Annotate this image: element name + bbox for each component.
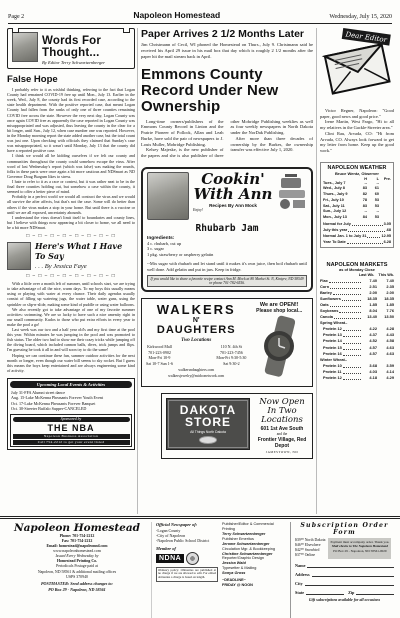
- subscription-rates: $39⁰⁰ North Dakota $46⁰⁰ Elsewhere $42⁰⁰…: [295, 538, 325, 559]
- walkers-email: walkersjewelry@midconetwork.com: [146, 374, 246, 378]
- markets-subtitle: as of Monday Close: [320, 268, 394, 272]
- false-hope-headline: False Hope: [7, 74, 135, 85]
- walkers-loc1-hours2: Sat 10-7 Sun 1-6: [146, 361, 173, 366]
- ann-photo: [147, 172, 189, 220]
- weather-title: NAPOLEON WEATHER: [323, 165, 391, 171]
- issue-date: Wednesday, July 15, 2020: [329, 14, 392, 20]
- recipe-contact-note: If you would like to share a favorite re…: [147, 275, 307, 287]
- false-hope-paragraph: I think we would all be kidding ourselve…: [7, 153, 135, 179]
- dakota-address2: Frontier Village, Red Depot: [256, 437, 308, 449]
- official-newspaper-block: Official Newspaper of: -Logan County -Ci…: [156, 522, 218, 618]
- emmons-paragraph: Long-time owners/publishers of the Emmon…: [141, 119, 224, 148]
- cookin-enjoy: Enjoy!: [193, 208, 273, 212]
- false-hope-paragraph: I hate to refer to it as a race or conte…: [7, 179, 135, 194]
- page-number: Page 2: [8, 14, 24, 20]
- walkers-loc2-name: 110 N. 4th St: [216, 344, 246, 349]
- ndna-logo: NDNA: [156, 554, 184, 563]
- pride-of-dakota-badge: [199, 436, 217, 444]
- recipe-title: Rhubarb Jam: [147, 223, 307, 234]
- walkers-name-line2: N': [146, 317, 246, 324]
- jessica-paragraph: Last week was our two and a half year ol…: [7, 327, 135, 353]
- walkers-location-2: 110 N. 4th St 701-223-7456 Mon-Fri 9:30-…: [216, 344, 246, 366]
- right-column: Dear Editor Victor Regner, Napoleon: "Go…: [320, 28, 394, 514]
- official-list: -Logan County -City of Napoleon -Napoleo…: [156, 528, 218, 544]
- watch-image: [255, 314, 303, 378]
- weather-box: NAPOLEON WEATHER Bruce Wentz, Observer H…: [320, 162, 394, 248]
- cookin-title-line2: With Ann: [193, 187, 273, 202]
- ingredient-line: 1 pkg. strawberry or raspberry gelatin: [147, 252, 307, 258]
- market-row: Protein 124.184.29: [320, 375, 394, 381]
- letter: Victor Regner, Napoleon: "Good paper, go…: [320, 108, 394, 119]
- weather-col-pre: Pre.: [379, 177, 391, 181]
- walkers-website: walkersndaughters.com: [146, 368, 246, 372]
- staff-name: Sonya Gross: [222, 571, 286, 576]
- words-for-thought-box: Words For Thought... By Editor Terry Sch…: [7, 28, 135, 69]
- deadline-line2: FRIDAY @ NOON: [222, 583, 286, 588]
- subscription-title: Subscription Order Form: [295, 522, 394, 536]
- member-seal-icon: [186, 552, 199, 565]
- recipe-directions: --Mix sugar with rhubarb and let stand u…: [147, 261, 307, 272]
- member-of-label: Member of: [156, 546, 218, 551]
- letter: Clint Rau, Arvada, CO: "Hi from Arvada, …: [320, 131, 394, 154]
- markets-col-last: Last Wk.: [359, 273, 375, 277]
- name-field: Name: [295, 563, 394, 568]
- address-field: Address: [295, 572, 394, 577]
- walkers-name-line1: WALKERS: [146, 302, 246, 317]
- masthead-postmaster1: POSTMASTER: Send address changes to:: [6, 581, 148, 586]
- false-hope-paragraph: I probably refer to it as wishful thinki…: [7, 87, 135, 153]
- obituary-policy-note: Obituary policy: Obituaries are publishe…: [156, 567, 218, 583]
- false-hope-paragraph: I understand the virus doesn't limit its…: [7, 215, 135, 230]
- markets-title: NAPOLEON MARKETS: [320, 262, 394, 268]
- payment-line3: PO Box 29 - Napoleon, ND 58561-0029: [330, 549, 389, 553]
- dear-editor-letters: Victor Regner, Napoleon: "Good paper, go…: [320, 108, 394, 154]
- dear-editor-envelope-icon: Dear Editor: [320, 28, 394, 100]
- walkers-ad: WALKERS N' DAUGHTERS Two Locations Kirkw…: [141, 298, 313, 387]
- letter: Irene Martin, West Fargo, "Hi to all my …: [320, 119, 394, 130]
- gift-subscriptions-note: Gift subscriptions available for all occ…: [295, 598, 394, 602]
- walkers-loc2-hours: Mon-Fri 9:30-5:30: [216, 355, 246, 360]
- walkers-loc2-hours2: Sat 9:30-2: [216, 361, 246, 366]
- dakota-name-line2: STORE: [167, 416, 249, 428]
- walkers-two-locations: Two Locations: [146, 338, 246, 343]
- emmons-article: Long-time owners/publishers of the Emmon…: [141, 119, 313, 159]
- rate-item: $37⁰⁰ Online: [295, 553, 325, 558]
- decorative-divider: □ ~ □ ~ □ ~ □ ~ □ ~ □ ~ □ ~ □: [7, 274, 135, 279]
- weather-summary-row: Year To Date6.28: [323, 239, 391, 245]
- city-field: City: [295, 581, 394, 586]
- events-title: Upcoming Local Events & Activities: [10, 381, 132, 388]
- dakota-and-the: and the: [256, 432, 308, 436]
- jessica-paragraph: With a little over a month left of summe…: [7, 281, 135, 307]
- subscription-form: Subscription Order Form $39⁰⁰ North Dako…: [290, 522, 394, 618]
- jessica-paragraph: We also recently got to take advantage o…: [7, 307, 135, 327]
- words-for-thought-title: Words For Thought...: [42, 35, 130, 59]
- masthead-name: Napoleon Homestead: [6, 522, 148, 534]
- editor-photo: [12, 32, 38, 62]
- events-list: July 31-FFA Alumni street dance Aug. 15-…: [11, 390, 131, 411]
- middle-column: Paper Arrives 2 1/2 Months Later Jim Chr…: [141, 28, 313, 514]
- column-divider-right: [316, 28, 317, 514]
- markets-header-row: Last Wk. This Wk.: [320, 273, 394, 277]
- nba-subtitle: Napoleon Business Association: [13, 434, 130, 439]
- jessica-column-header: Here's What I Have To Say . . . By Jessi…: [7, 241, 135, 270]
- newspaper-page: Page 2 Napoleon Homestead Wednesday, Jul…: [0, 0, 400, 618]
- official-item: -Napoleon Public School District: [156, 538, 218, 543]
- masthead-postmaster2: PO Box 29 - Napoleon, ND 58561: [6, 587, 148, 592]
- decorative-divider: □ ~ □ ~ □ ~ □ ~ □ ~ □ ~ □ ~ □: [7, 234, 135, 239]
- payment-line2: Mail checks to The Napoleon Homestead: [330, 544, 389, 548]
- state-zip-fields: StateZip: [295, 590, 394, 595]
- paper-name: Napoleon Homestead: [133, 10, 220, 20]
- dakota-tagline: All Things North Dakota: [167, 430, 249, 434]
- masthead-block: Napoleon Homestead Phone: 701-754-2212 F…: [6, 522, 152, 618]
- false-hope-paragraph: Probably in a perfect world we would all…: [7, 194, 135, 214]
- dakota-open-line3: Locations: [256, 416, 308, 425]
- jessica-paragraph: Hoping we can continue these fun, summer…: [7, 353, 135, 373]
- markets-col-this: This Wk.: [378, 273, 394, 277]
- walkers-loc1-hours: Mon-Fri 10-9: [146, 355, 173, 360]
- walkers-loc1-name: Kirkwood Mall: [146, 344, 173, 349]
- words-for-thought-byline: By Editor Terry Schwartzenberger: [42, 60, 130, 65]
- markets-box: NAPOLEON MARKETS as of Monday Close Last…: [320, 262, 394, 381]
- paper-arrives-body: Jim Christmann of Cecil, WI phoned the H…: [141, 42, 313, 59]
- weather-observer: Bruce Wentz, Observer: [323, 171, 391, 176]
- masthead-usps: USPS 370940: [6, 575, 148, 580]
- sponsored-by-label: Sponsored by: [13, 417, 130, 422]
- column-divider-left: [137, 28, 138, 514]
- false-hope-article: I probably refer to it as wishful thinki…: [7, 87, 135, 230]
- paper-arrives-headline: Paper Arrives 2 1/2 Months Later: [141, 28, 313, 40]
- emmons-headline: Emmons County Record Under New Ownership: [141, 67, 313, 114]
- jessica-title: Here's What I Have To Say: [35, 241, 135, 261]
- nba-name: THE NBA: [13, 423, 130, 433]
- jessica-byline: . . . By Jessica Faye: [35, 263, 135, 270]
- event-item: Oct. 30-Streeter Buffalo Supper-CANCELED: [11, 406, 131, 411]
- cookin-with-ann-box: Cookin' With Ann Recipes By Ann Mock Enj…: [141, 167, 313, 293]
- staff-role: Publisher/Editor & Commercial Printing: [222, 522, 286, 532]
- nba-call-line: Call 754-2212 to get your event listed: [13, 440, 130, 445]
- official-title: Official Newspaper of:: [156, 522, 218, 527]
- left-column: Words For Thought... By Editor Terry Sch…: [7, 28, 135, 514]
- walkers-location-1: Kirkwood Mall 701-223-0902 Mon-Fri 10-9 …: [146, 344, 173, 366]
- walkers-name-line3: DAUGHTERS: [146, 324, 246, 336]
- masthead-footer: Napoleon Homestead Phone: 701-754-2212 F…: [0, 516, 400, 618]
- staff-block: Publisher/Editor & Commercial Printing T…: [222, 522, 286, 618]
- dakota-city: JAMESTOWN, ND: [256, 450, 308, 454]
- payment-note: Payment must accompany order. Thank you.…: [328, 538, 391, 559]
- dakota-store-ad: DAKOTA STORE All Things North Dakota Now…: [161, 393, 313, 459]
- jessica-photo: [7, 242, 31, 270]
- events-box: Upcoming Local Events & Activities July …: [7, 378, 135, 450]
- kitchen-clipart-icon: [277, 172, 307, 212]
- nba-sponsor-box: Sponsored by THE NBA Napoleon Business A…: [10, 414, 132, 447]
- dakota-store-logo-badge: DAKOTA STORE All Things North Dakota: [166, 398, 250, 450]
- page-header: Page 2 Napoleon Homestead Wednesday, Jul…: [8, 8, 392, 24]
- jessica-article: With a little over a month left of summe…: [7, 281, 135, 373]
- emmons-paragraph: After more than three decades of ownersh…: [231, 136, 314, 153]
